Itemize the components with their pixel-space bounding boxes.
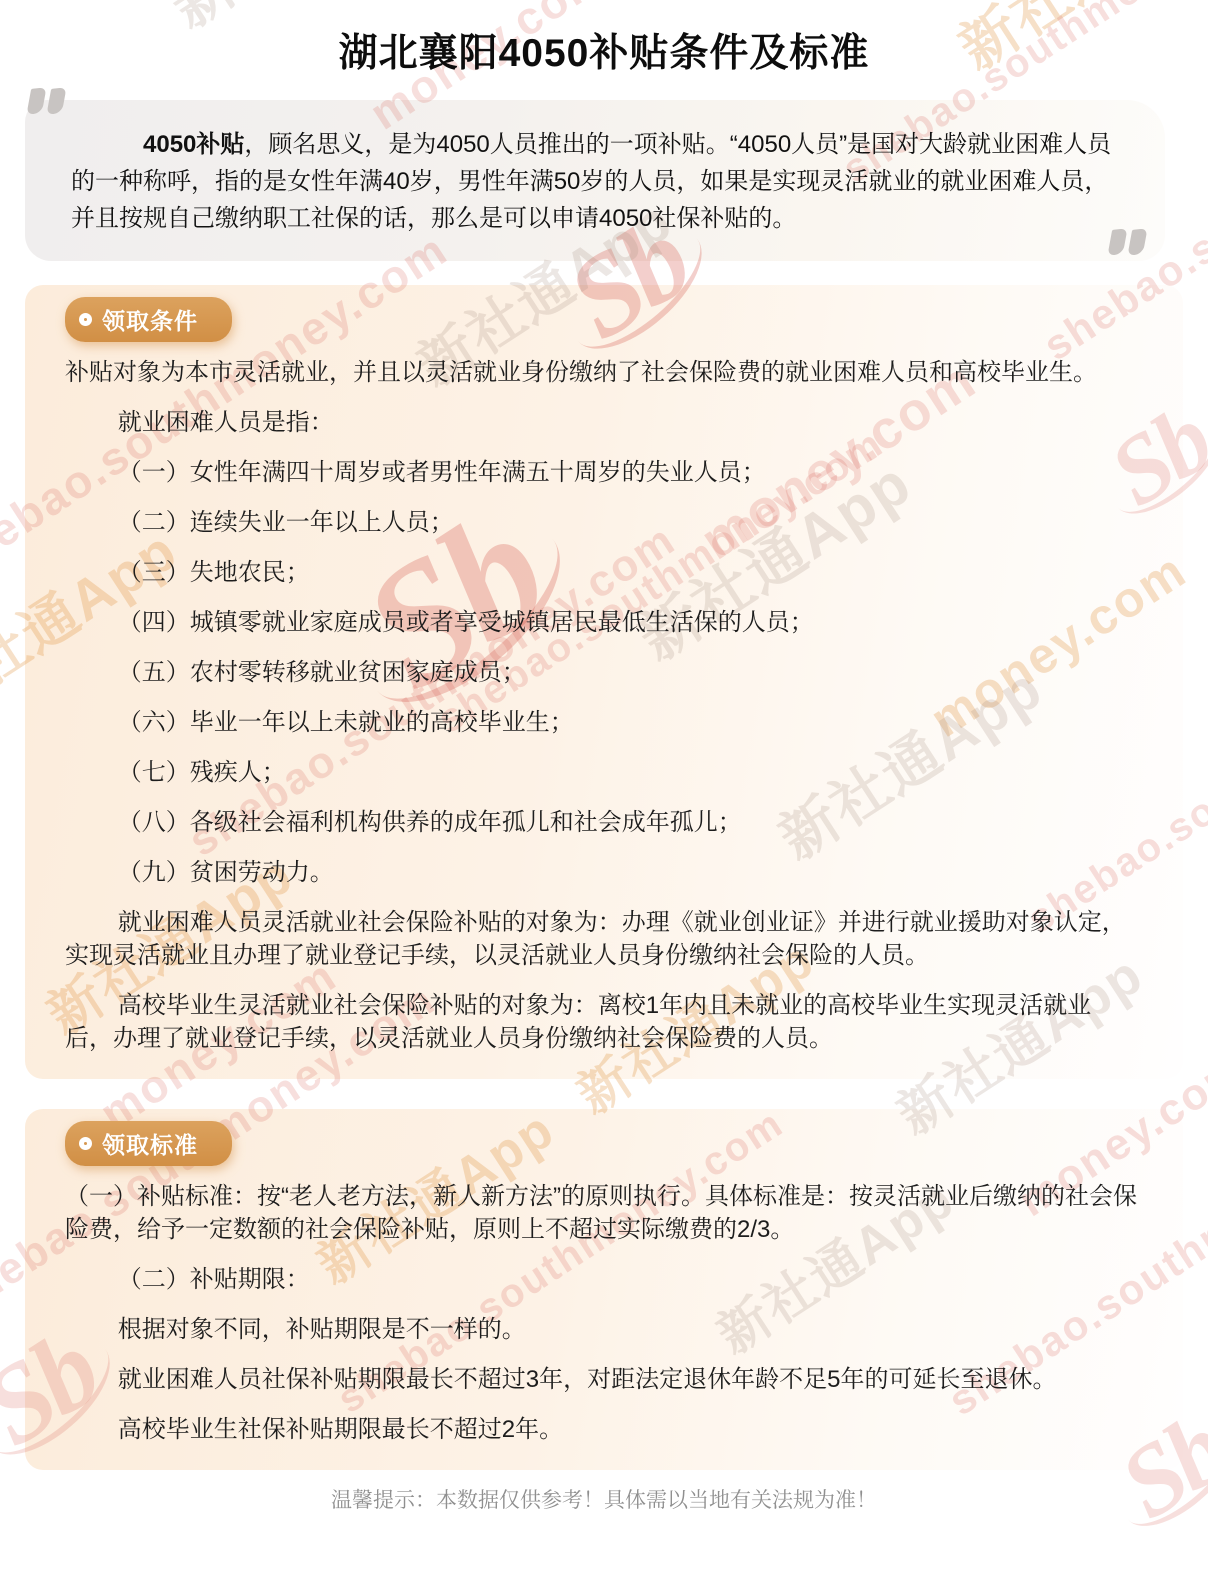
section-standards: 领取标准 （一）补贴标准：按“老人老方法，新人新方法”的原则执行。具体标准是：按…	[25, 1109, 1183, 1470]
condition-item-5: （五）农村零转移就业贫困家庭成员；	[65, 656, 1139, 689]
subsidy-object-difficult: 就业困难人员灵活就业社会保险补贴的对象为：办理《就业创业证》并进行就业援助对象认…	[65, 906, 1139, 972]
ring-icon	[79, 1137, 92, 1150]
section-conditions: 领取条件 补贴对象为本市灵活就业，并且以灵活就业身份缴纳了社会保险费的就业困难人…	[25, 285, 1183, 1079]
condition-item-9: （九）贫困劳动力。	[65, 856, 1139, 889]
section-badge-label: 领取条件	[102, 303, 198, 336]
target-paragraph: 补贴对象为本市灵活就业，并且以灵活就业身份缴纳了社会保险费的就业困难人员和高校毕…	[65, 356, 1139, 389]
period-graduate: 高校毕业生社保补贴期限最长不超过2年。	[65, 1413, 1139, 1446]
period-note: 根据对象不同，补贴期限是不一样的。	[65, 1313, 1139, 1346]
period-difficult: 就业困难人员社保补贴期限最长不超过3年，对距法定退休年龄不足5年的可延长至退休。	[65, 1363, 1139, 1396]
open-quote-icon	[29, 88, 64, 114]
condition-item-4: （四）城镇零就业家庭成员或者享受城镇居民最低生活保的人员；	[65, 606, 1139, 639]
period-lead: （二）补贴期限：	[65, 1263, 1139, 1296]
page-title: 湖北襄阳4050补贴条件及标准	[0, 0, 1208, 78]
condition-item-7: （七）残疾人；	[65, 756, 1139, 789]
difficult-person-lead: 就业困难人员是指：	[65, 406, 1139, 439]
section-badge-standards: 领取标准	[65, 1121, 232, 1166]
condition-item-8: （八）各级社会福利机构供养的成年孤儿和社会成年孤儿；	[65, 806, 1139, 839]
condition-item-3: （三）失地农民；	[65, 556, 1139, 589]
intro-lead-bold: 4050补贴	[143, 131, 244, 158]
footer-note: 温馨提示：本数据仅供参考！具体需以当地有关法规为准！	[0, 1486, 1208, 1516]
section-badge-label: 领取标准	[102, 1127, 198, 1160]
standard-paragraph: （一）补贴标准：按“老人老方法，新人新方法”的原则执行。具体标准是：按灵活就业后…	[65, 1180, 1139, 1246]
ring-icon	[79, 313, 92, 326]
condition-item-2: （二）连续失业一年以上人员；	[65, 506, 1139, 539]
article-page: 新社通Appmoney.comshebao.southmoney.comSb新社…	[0, 0, 1208, 1516]
section-badge-conditions: 领取条件	[65, 297, 232, 342]
intro-paragraph: 4050补贴，顾名思义，是为4050人员推出的一项补贴。“4050人员”是国对大…	[71, 126, 1117, 237]
subsidy-object-graduate: 高校毕业生灵活就业社会保险补贴的对象为：离校1年内且未就业的高校毕业生实现灵活就…	[65, 989, 1139, 1055]
condition-item-1: （一）女性年满四十周岁或者男性年满五十周岁的失业人员；	[65, 456, 1139, 489]
condition-item-6: （六）毕业一年以上未就业的高校毕业生；	[65, 706, 1139, 739]
intro-quote-panel: 4050补贴，顾名思义，是为4050人员推出的一项补贴。“4050人员”是国对大…	[25, 100, 1165, 261]
